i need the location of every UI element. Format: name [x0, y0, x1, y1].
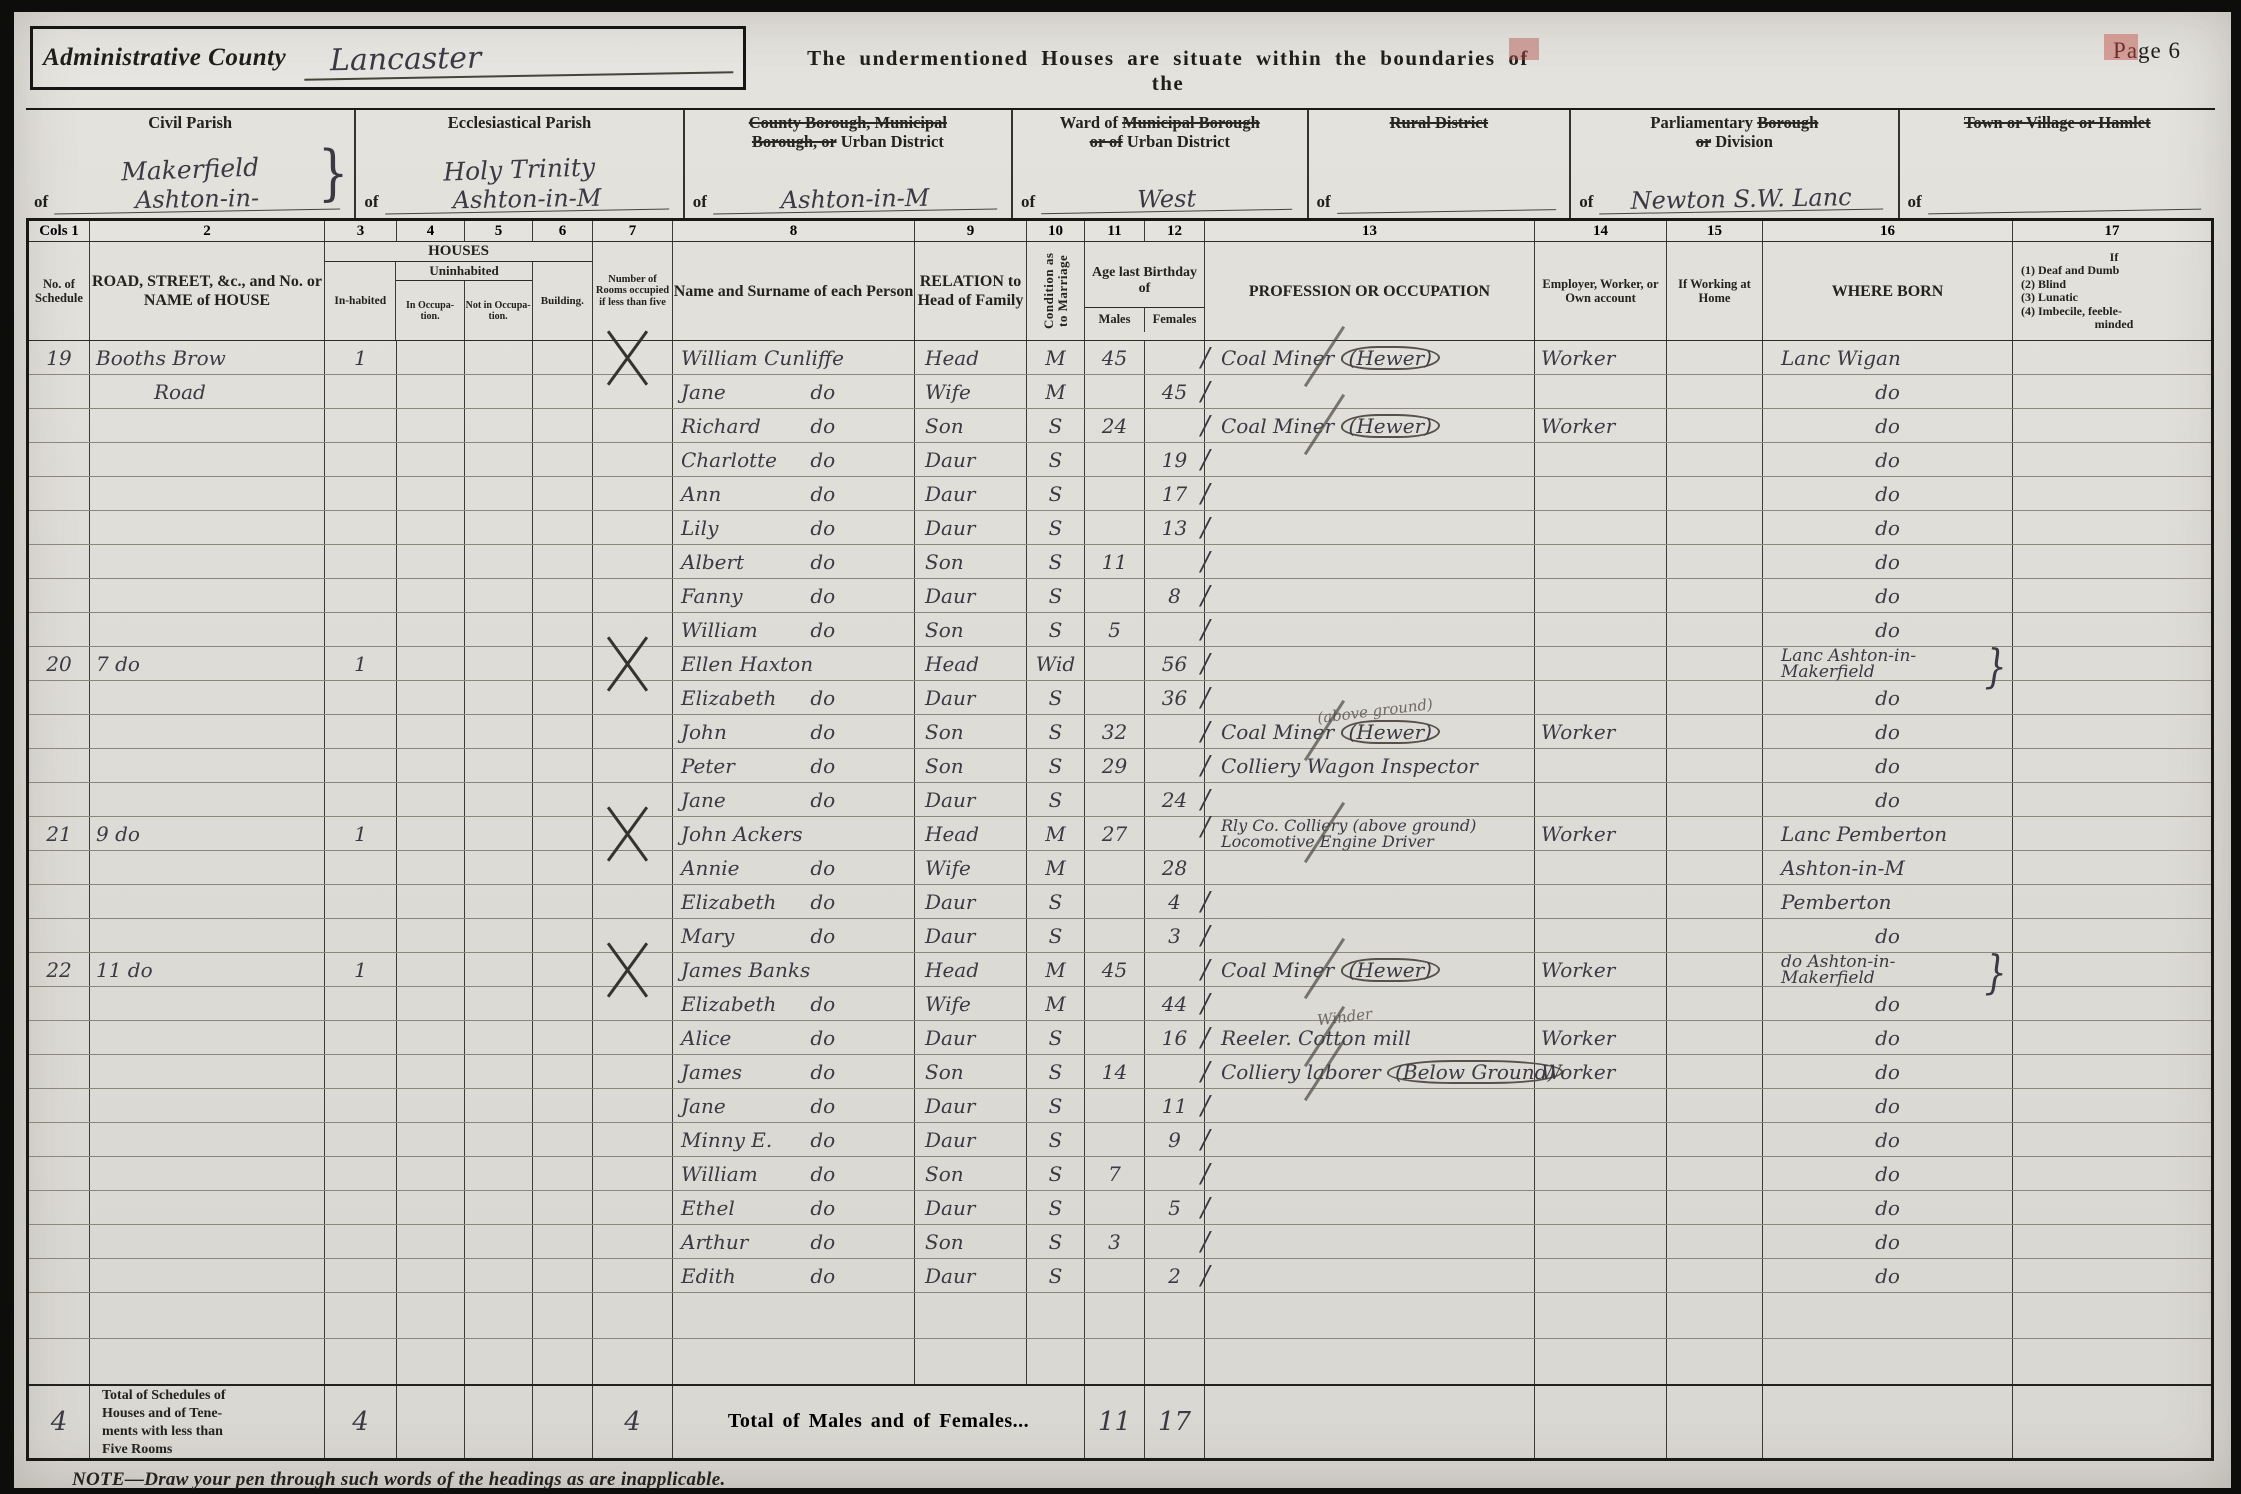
- table-body: 19Booths Brow1William CunliffeHeadM45Coa…: [28, 341, 2213, 1460]
- table-row: [28, 1339, 2213, 1385]
- inhabited-cell: [325, 1259, 397, 1293]
- name-text: John: [681, 720, 727, 744]
- name-text: Alice: [681, 1026, 731, 1050]
- condition-cell: S: [1027, 443, 1085, 477]
- in-occupation-cell: [397, 715, 465, 749]
- schedule-cell: [28, 1089, 90, 1123]
- occupation-cell: [1205, 885, 1535, 919]
- not-in-occupation-cell: [465, 477, 533, 511]
- road-cell: [90, 749, 325, 783]
- rooms-cell: [593, 817, 673, 851]
- ditto-mark: do: [810, 720, 835, 744]
- schedule-cell: [28, 1293, 90, 1339]
- building-cell: [533, 681, 593, 715]
- age-female-cell: 24: [1145, 783, 1205, 817]
- heading-line: Civil Parish: [26, 113, 354, 132]
- relation-cell: Daur: [915, 783, 1027, 817]
- rooms-cell: [593, 1259, 673, 1293]
- totals-label-cell: Total of Schedules ofHouses and of Tene-…: [90, 1385, 325, 1460]
- condition-cell: M: [1027, 375, 1085, 409]
- in-occupation-cell: [397, 341, 465, 375]
- road-cell: [90, 1157, 325, 1191]
- inhabited-cell: [325, 1123, 397, 1157]
- infirmity-line: (4) Imbecile, feeble-: [2021, 305, 2207, 319]
- ditto-mark: do: [810, 1060, 835, 1084]
- age-female-cell: 16: [1145, 1021, 1205, 1055]
- rooms-cell: [593, 647, 673, 681]
- table-row: ElizabethdoWifeM44do: [28, 987, 2213, 1021]
- schedule-cell: [28, 511, 90, 545]
- top-header-row: Administrative County Lancaster The unde…: [26, 16, 2215, 108]
- ditto-mark: do: [810, 754, 835, 778]
- footer-note: NOTE—Draw your pen through such words of…: [72, 1469, 2215, 1491]
- rooms-cell: [593, 511, 673, 545]
- inhabited-cell: [325, 409, 397, 443]
- working-at-home-cell: [1667, 1021, 1763, 1055]
- occupation-cell: [1205, 375, 1535, 409]
- uninhabited-subheads: In Occupa-tion.Not in Occupa-tion.: [396, 281, 531, 340]
- schedule-cell: [28, 545, 90, 579]
- ditto-mark: do: [810, 890, 835, 914]
- infirmity-cell: [2013, 919, 2213, 953]
- inhabited-cell: [325, 1021, 397, 1055]
- age-male-cell: [1085, 987, 1145, 1021]
- working-at-home-cell: [1667, 511, 1763, 545]
- totals-schedule-count: 4: [28, 1385, 90, 1460]
- name-cell: Fannydo: [673, 579, 915, 613]
- building-cell: [533, 987, 593, 1021]
- inhabited-cell: 1: [325, 817, 397, 851]
- administrative-county-label: Administrative County: [43, 44, 286, 72]
- building-cell: [533, 1123, 593, 1157]
- column-number-13: 13: [1205, 220, 1535, 242]
- occupation-cell: Colliery laborer (Below Ground): [1205, 1055, 1535, 1089]
- ditto-mark: do: [810, 584, 835, 608]
- occupation-cell: [1205, 1123, 1535, 1157]
- boundary-value: Ashton-in-M: [384, 185, 669, 215]
- employer-cell: [1535, 681, 1667, 715]
- infirmity-cell: [2013, 783, 2213, 817]
- table-row: JohndoSonS32(above ground)Coal Miner (He…: [28, 715, 2213, 749]
- road-cell: [90, 613, 325, 647]
- column-number-12: 12: [1145, 220, 1205, 242]
- building-cell: [533, 1191, 593, 1225]
- boundary-label: Civil Parish: [26, 113, 354, 132]
- table-row: MarydoDaurS3do: [28, 919, 2213, 953]
- heading-line: Town or Village or Hamlet: [1900, 113, 2215, 132]
- inhabited-cell: [325, 681, 397, 715]
- born-text-line2: Makerfield: [1781, 664, 2012, 680]
- rooms-cell: [593, 443, 673, 477]
- in-occupation-cell: [397, 613, 465, 647]
- occupation-cell: (above ground)Coal Miner (Hewer): [1205, 715, 1535, 749]
- road-cell: 11 do: [90, 953, 325, 987]
- name-text: John Ackers: [681, 822, 803, 846]
- age-female-cell: [1145, 613, 1205, 647]
- employer-cell: [1535, 1225, 1667, 1259]
- age-male-cell: 32: [1085, 715, 1145, 749]
- totals-not-in-occupation: [465, 1385, 533, 1460]
- occupation-cell: [1205, 579, 1535, 613]
- totals-employer-blank: [1535, 1385, 1667, 1460]
- table-row: AlbertdoSonS11do: [28, 545, 2213, 579]
- employer-cell: [1535, 1157, 1667, 1191]
- in-occupation-cell: [397, 1089, 465, 1123]
- of-label: of: [1908, 192, 1922, 212]
- column-labels-row: No. of ScheduleROAD, STREET, &c., and No…: [28, 242, 2213, 341]
- where-born-cell: Ashton-in-M: [1763, 851, 2013, 885]
- schedule-cell: 22: [28, 953, 90, 987]
- schedule-cell: [28, 1021, 90, 1055]
- age-male-cell: [1085, 1021, 1145, 1055]
- table-row: ElizabethdoDaurS4Pemberton: [28, 885, 2213, 919]
- employer-cell: [1535, 783, 1667, 817]
- column-number-11: 11: [1085, 220, 1145, 242]
- boundary-label: County Borough, MunicipalBorough, or Urb…: [685, 113, 1011, 151]
- working-at-home-cell: [1667, 1191, 1763, 1225]
- age-male-cell: 3: [1085, 1225, 1145, 1259]
- age-male-cell: [1085, 1191, 1145, 1225]
- schedule-cell: [28, 783, 90, 817]
- inhabited-cell: [325, 1293, 397, 1339]
- relation-cell: Daur: [915, 579, 1027, 613]
- not-in-occupation-cell: [465, 1293, 533, 1339]
- in-occupation-cell: [397, 1157, 465, 1191]
- building-cell: [533, 1293, 593, 1339]
- building-cell: [533, 1157, 593, 1191]
- totals-occupation-blank: [1205, 1385, 1535, 1460]
- column-number-8: 8: [673, 220, 915, 242]
- rooms-cell: [593, 409, 673, 443]
- uninhabited-group: UninhabitedIn Occupa-tion.Not in Occupa-…: [395, 262, 532, 340]
- census-sheet: Administrative County Lancaster The unde…: [14, 12, 2231, 1488]
- name-cell: Minny E.do: [673, 1123, 915, 1157]
- road-cell: Road: [90, 375, 325, 409]
- not-in-occupation-cell: [465, 1191, 533, 1225]
- age-male-cell: [1085, 443, 1145, 477]
- totals-born-blank: [1763, 1385, 2013, 1460]
- col-road-label: ROAD, STREET, &c., and No. or NAME of HO…: [90, 242, 325, 341]
- employer-cell: [1535, 1259, 1667, 1293]
- relation-cell: Daur: [915, 1259, 1027, 1293]
- occupation-text: Coal Miner: [1221, 346, 1341, 370]
- relation-cell: Son: [915, 545, 1027, 579]
- road-cell: [90, 1293, 325, 1339]
- road-cell: [90, 1191, 325, 1225]
- age-male-cell: 45: [1085, 953, 1145, 987]
- where-born-cell: do: [1763, 1259, 2013, 1293]
- road-text: Booths Brow: [96, 346, 226, 370]
- table-row: WilliamdoSonS5do: [28, 613, 2213, 647]
- working-at-home-cell: [1667, 375, 1763, 409]
- working-at-home-cell: [1667, 1055, 1763, 1089]
- name-text: Edith: [681, 1264, 736, 1288]
- age-subheads: MalesFemales: [1085, 307, 1204, 332]
- relation-cell: Daur: [915, 919, 1027, 953]
- occupation-cell: WinderReeler. Cotton mill: [1205, 1021, 1535, 1055]
- relation-cell: Head: [915, 341, 1027, 375]
- occupation-cell: [1205, 477, 1535, 511]
- boundary-value: [1337, 185, 1556, 214]
- age-female-cell: 2: [1145, 1259, 1205, 1293]
- working-at-home-cell: [1667, 953, 1763, 987]
- where-born-cell: do: [1763, 1055, 2013, 1089]
- occupation-text: Colliery laborer: [1221, 1060, 1387, 1084]
- road-cell: [90, 715, 325, 749]
- ditto-mark: do: [810, 1162, 835, 1186]
- administrative-county-box: Administrative County Lancaster: [30, 26, 746, 90]
- road-cell: [90, 511, 325, 545]
- relation-cell: Head: [915, 647, 1027, 681]
- road-cell: [90, 987, 325, 1021]
- employer-cell: [1535, 1191, 1667, 1225]
- age-male-cell: [1085, 1259, 1145, 1293]
- name-text: Jane: [681, 1094, 726, 1118]
- where-born-cell: do: [1763, 1157, 2013, 1191]
- name-text: Lily: [681, 516, 718, 540]
- employer-cell: [1535, 919, 1667, 953]
- condition-cell: S: [1027, 409, 1085, 443]
- in-occupation-cell: [397, 579, 465, 613]
- in-occupation-cell: [397, 749, 465, 783]
- name-text: Annie: [681, 856, 739, 880]
- name-cell: Elizabethdo: [673, 885, 915, 919]
- occupation-text: Reeler. Cotton mill: [1221, 1026, 1411, 1050]
- totals-label-line: Five Rooms: [96, 1440, 324, 1458]
- schedule-cell: [28, 1157, 90, 1191]
- building-cell: [533, 511, 593, 545]
- table-head: Cols 1234567891011121314151617No. of Sch…: [28, 220, 2213, 341]
- occupation-cell: [1205, 1089, 1535, 1123]
- working-at-home-cell: [1667, 919, 1763, 953]
- condition-cell: S: [1027, 1089, 1085, 1123]
- occupation-cell: [1205, 1225, 1535, 1259]
- schedule-cell: [28, 409, 90, 443]
- schedule-cell: 20: [28, 647, 90, 681]
- inhabited-cell: [325, 511, 397, 545]
- condition-cell: S: [1027, 477, 1085, 511]
- infirmity-cell: [2013, 511, 2213, 545]
- in-occupation-cell: [397, 1055, 465, 1089]
- occupation-cell: [1205, 1259, 1535, 1293]
- condition-cell: S: [1027, 885, 1085, 919]
- infirmity-cell: [2013, 443, 2213, 477]
- in-occupation-cell: [397, 443, 465, 477]
- relation-cell: Son: [915, 715, 1027, 749]
- name-text: Ethel: [681, 1196, 735, 1220]
- schedule-cell: 21: [28, 817, 90, 851]
- condition-cell: S: [1027, 715, 1085, 749]
- name-text: Richard: [681, 414, 761, 438]
- infirmity-line: minded: [2021, 318, 2207, 332]
- employer-cell: [1535, 885, 1667, 919]
- building-cell: [533, 953, 593, 987]
- relation-cell: Son: [915, 1055, 1027, 1089]
- rooms-cell: [593, 1225, 673, 1259]
- road-text: 9 do: [96, 822, 140, 846]
- totals-males-count: 11: [1085, 1385, 1145, 1460]
- heading-text: Town or Village or Hamlet: [1964, 113, 2151, 132]
- working-at-home-cell: [1667, 579, 1763, 613]
- schedule-cell: [28, 1055, 90, 1089]
- age-female-cell: 9: [1145, 1123, 1205, 1157]
- name-cell: Charlottedo: [673, 443, 915, 477]
- road-cell: [90, 1259, 325, 1293]
- name-cell: Etheldo: [673, 1191, 915, 1225]
- boundary-value: Ashton-in-M: [713, 185, 998, 215]
- employer-cell: Worker: [1535, 1021, 1667, 1055]
- table-row: JanedoDaurS11do: [28, 1089, 2213, 1123]
- column-numbers-row: Cols 1234567891011121314151617: [28, 220, 2213, 242]
- road-cell: [90, 1225, 325, 1259]
- relation-cell: [915, 1339, 1027, 1385]
- name-cell: [673, 1293, 915, 1339]
- age-male-cell: [1085, 783, 1145, 817]
- condition-cell: S: [1027, 749, 1085, 783]
- ditto-mark: do: [810, 1196, 835, 1220]
- working-at-home-cell: [1667, 1225, 1763, 1259]
- where-born-cell: do: [1763, 1225, 2013, 1259]
- name-cell: Janedo: [673, 1089, 915, 1123]
- building-cell: [533, 1021, 593, 1055]
- working-at-home-cell: [1667, 1123, 1763, 1157]
- rooms-cell: [593, 783, 673, 817]
- employer-cell: [1535, 647, 1667, 681]
- age-male-cell: 5: [1085, 613, 1145, 647]
- age-male-cell: [1085, 885, 1145, 919]
- occupation-cell: [1205, 545, 1535, 579]
- schedule-cell: [28, 715, 90, 749]
- schedule-cell: [28, 1225, 90, 1259]
- schedule-cell: [28, 1191, 90, 1225]
- schedule-cell: [28, 749, 90, 783]
- boundary-ecclesiastical-parish: Ecclesiastical ParishHoly TrinityofAshto…: [354, 110, 682, 218]
- relation-cell: Son: [915, 613, 1027, 647]
- col-name-label: Name and Surname of each Person: [673, 242, 915, 341]
- age-male-cell: 45: [1085, 341, 1145, 375]
- condition-cell: S: [1027, 1191, 1085, 1225]
- totals-home-blank: [1667, 1385, 1763, 1460]
- working-at-home-cell: [1667, 817, 1763, 851]
- in-occupation-cell: [397, 1123, 465, 1157]
- infirmity-cell: [2013, 1225, 2213, 1259]
- infirmity-cell: [2013, 1259, 2213, 1293]
- working-at-home-cell: [1667, 749, 1763, 783]
- column-number-16: 16: [1763, 220, 2013, 242]
- condition-cell: S: [1027, 681, 1085, 715]
- in-occupation-cell: [397, 477, 465, 511]
- occupation-cell: [1205, 1157, 1535, 1191]
- not-in-occupation-cell: [465, 1225, 533, 1259]
- schedule-cell: [28, 851, 90, 885]
- road-cell: Booths Brow: [90, 341, 325, 375]
- employer-cell: [1535, 579, 1667, 613]
- working-at-home-cell: [1667, 681, 1763, 715]
- relation-cell: Son: [915, 1225, 1027, 1259]
- name-text: William: [681, 1162, 758, 1186]
- occupation-cell: [1205, 647, 1535, 681]
- relation-cell: Daur: [915, 477, 1027, 511]
- rooms-cell: [593, 885, 673, 919]
- age-female-cell: 17: [1145, 477, 1205, 511]
- age-male-cell: 24: [1085, 409, 1145, 443]
- name-cell: Janedo: [673, 783, 915, 817]
- relation-cell: Daur: [915, 1089, 1027, 1123]
- employer-cell: Worker: [1535, 341, 1667, 375]
- rooms-cell: [593, 1339, 673, 1385]
- building-cell: [533, 783, 593, 817]
- boundary-label: Town or Village or Hamlet: [1900, 113, 2215, 132]
- col-infirmity-label: If(1) Deaf and Dumb(2) Blind(3) Lunatic(…: [2013, 242, 2213, 341]
- name-text: Elizabeth: [681, 890, 776, 914]
- infirmity-line: (2) Blind: [2021, 278, 2207, 292]
- infirmity-cell: [2013, 715, 2213, 749]
- road-cell: [90, 1055, 325, 1089]
- condition-cell: M: [1027, 817, 1085, 851]
- name-cell: Williamdo: [673, 613, 915, 647]
- in-occupation-cell: [397, 1293, 465, 1339]
- col-rooms-label: Number of Rooms occupied if less than fi…: [593, 242, 673, 341]
- boundary-value: Ashton-in-: [54, 185, 341, 215]
- condition-cell: S: [1027, 613, 1085, 647]
- rooms-cell: [593, 1021, 673, 1055]
- inhabited-cell: [325, 885, 397, 919]
- age-male-cell: [1085, 1293, 1145, 1339]
- in-occupation-cell: [397, 1259, 465, 1293]
- not-in-occupation-cell: [465, 375, 533, 409]
- inhabited-cell: [325, 375, 397, 409]
- employer-cell: [1535, 375, 1667, 409]
- rooms-cell: [593, 1157, 673, 1191]
- condition-cell: S: [1027, 511, 1085, 545]
- table-row: JamesdoSonS14Colliery laborer (Below Gro…: [28, 1055, 2213, 1089]
- name-text: Arthur: [681, 1230, 748, 1254]
- inhabited-cell: [325, 919, 397, 953]
- not-in-occupation-cell: [465, 1021, 533, 1055]
- inhabited-cell: [325, 1055, 397, 1089]
- rooms-cell: [593, 715, 673, 749]
- boundary-value: West: [1041, 185, 1293, 214]
- totals-males-females-label: Total of Males and of Females...: [673, 1385, 1085, 1460]
- road-cell: [90, 477, 325, 511]
- schedule-cell: [28, 885, 90, 919]
- infirmity-cell: [2013, 749, 2213, 783]
- not-in-occupation-cell: [465, 987, 533, 1021]
- ditto-mark: do: [810, 448, 835, 472]
- road-cell: [90, 545, 325, 579]
- employer-cell: [1535, 511, 1667, 545]
- age-female-cell: 11: [1145, 1089, 1205, 1123]
- name-text: Minny E.: [681, 1128, 772, 1152]
- houses-group-title: HOUSES: [325, 242, 592, 262]
- ditto-mark: do: [810, 1094, 835, 1118]
- occupation-cell: [1205, 613, 1535, 647]
- name-text: Mary: [681, 924, 734, 948]
- building-cell: [533, 851, 593, 885]
- where-born-cell: do: [1763, 749, 2013, 783]
- totals-label-line: Total of Schedules of: [96, 1386, 324, 1404]
- relation-cell: Wife: [915, 375, 1027, 409]
- where-born-cell: do Ashton-in-Makerfield}: [1763, 953, 2013, 987]
- table-row: AnniedoWifeM28Ashton-in-M: [28, 851, 2213, 885]
- heading-line: Borough, or Urban District: [685, 132, 1011, 151]
- rooms-cell: [593, 851, 673, 885]
- ditto-mark: do: [810, 414, 835, 438]
- occupation-cell: [1205, 851, 1535, 885]
- age-female-cell: [1145, 1157, 1205, 1191]
- column-number-14: 14: [1535, 220, 1667, 242]
- occupation-cell: [1205, 1293, 1535, 1339]
